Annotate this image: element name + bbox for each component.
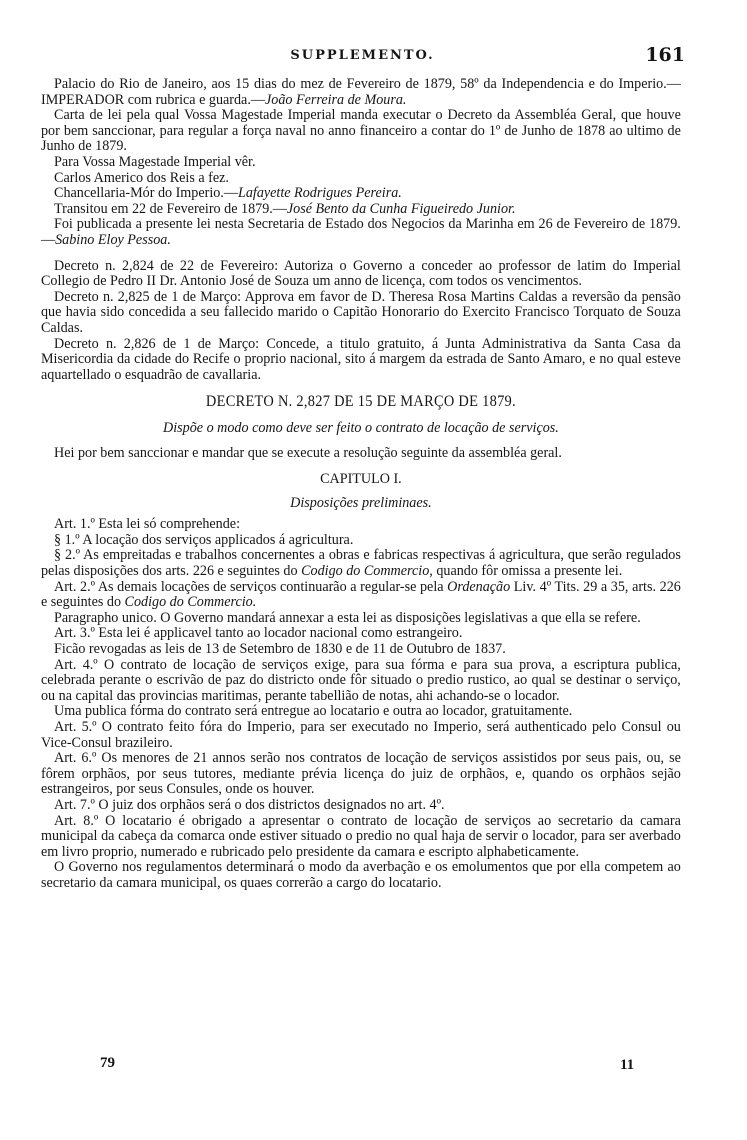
article-1-paragraph-2: § 2.º As empreitadas e trabalhos concern… <box>41 547 681 578</box>
paragraph-carlos: Carlos Americo dos Reis a fez. <box>41 170 681 186</box>
signer-name: Lafayette Rodrigues Pereira. <box>238 184 402 201</box>
page-number: 161 <box>645 44 685 66</box>
paragraph-carta: Carta de lei pela qual Vossa Magestade I… <box>41 107 681 154</box>
article-5: Art. 5.º O contrato feito fóra do Imperi… <box>41 719 681 750</box>
italic-reference: Codigo do Commercio. <box>125 593 257 610</box>
chapter-heading: CAPITULO I. <box>41 471 681 487</box>
article-7: Art. 7.º O juiz dos orphãos será o dos d… <box>41 797 681 813</box>
page-footer: 79 11 <box>40 1055 680 1077</box>
article-3: Art. 3.º Esta lei é applicavel tanto ao … <box>41 625 681 641</box>
paragraph-decreto-2824: Decreto n. 2,824 de 22 de Fevereiro: Aut… <box>41 258 681 289</box>
decree-intro: Hei por bem sanccionar e mandar que se e… <box>41 445 681 461</box>
decree-subtitle: Dispõe o modo como deve ser feito o cont… <box>41 420 681 436</box>
decree-title: DECRETO N. 2,827 DE 15 DE MARÇO DE 1879. <box>41 394 681 410</box>
revocation-clause: Ficão revogadas as leis de 13 de Setembr… <box>41 641 681 657</box>
signature-mark-right: 11 <box>620 1057 634 1074</box>
body-text: Palacio do Rio de Janeiro, aos 15 dias d… <box>41 76 681 891</box>
article-4-paragraph: Uma publica fórma do contrato será entre… <box>41 703 681 719</box>
paragraph-palacio: Palacio do Rio de Janeiro, aos 15 dias d… <box>41 76 681 107</box>
paragraph-transitou: Transitou em 22 de Fevereiro de 1879.—Jo… <box>41 201 681 217</box>
paragraph-decreto-2826: Decreto n. 2,826 de 1 de Março: Concede,… <box>41 336 681 383</box>
signature-mark-left: 79 <box>100 1055 115 1072</box>
paragraph-decreto-2825: Decreto n. 2,825 de 1 de Março: Approva … <box>41 289 681 336</box>
article-6: Art. 6.º Os menores de 21 annos serão no… <box>41 750 681 797</box>
article-1: Art. 1.º Esta lei só comprehende: <box>41 516 681 532</box>
paragraph-text: Art. 2.º As demais locações de serviços … <box>54 578 447 595</box>
article-2-sole-paragraph: Paragrapho unico. O Governo mandará anne… <box>41 610 681 626</box>
article-1-paragraph-1: § 1.º A locação dos serviços applicados … <box>41 532 681 548</box>
paragraph-chancellaria: Chancellaria-Mór do Imperio.—Lafayette R… <box>41 185 681 201</box>
paragraph-para-vossa: Para Vossa Magestade Imperial vêr. <box>41 154 681 170</box>
article-8: Art. 8.º O locatario é obrigado a aprese… <box>41 813 681 860</box>
paragraph-text: Transitou em 22 de Fevereiro de 1879.— <box>54 200 287 217</box>
article-2: Art. 2.º As demais locações de serviços … <box>41 579 681 610</box>
signer-name: Sabino Eloy Pessoa. <box>55 231 171 248</box>
article-4: Art. 4.º O contrato de locação de serviç… <box>41 657 681 704</box>
signer-name: José Bento da Cunha Figueiredo Junior. <box>287 200 516 217</box>
italic-reference: Codigo do Commercio <box>301 562 429 579</box>
paragraph-text: , quando fôr omissa a presente lei. <box>429 562 622 579</box>
italic-reference: Ordenação <box>447 578 510 595</box>
signer-name: João Ferreira de Moura. <box>265 91 406 108</box>
paragraph-publicada: Foi publicada a presente lei nesta Secre… <box>41 216 681 247</box>
paragraph-text: Chancellaria-Mór do Imperio.— <box>54 184 238 201</box>
section-heading: Disposições preliminaes. <box>41 495 681 511</box>
article-8-paragraph: O Governo nos regulamentos determinará o… <box>41 859 681 890</box>
document-page: SUPPLEMENTO. 161 Palacio do Rio de Janei… <box>0 0 747 1140</box>
page-header: SUPPLEMENTO. 161 <box>40 44 685 68</box>
running-title: SUPPLEMENTO. <box>40 48 685 63</box>
